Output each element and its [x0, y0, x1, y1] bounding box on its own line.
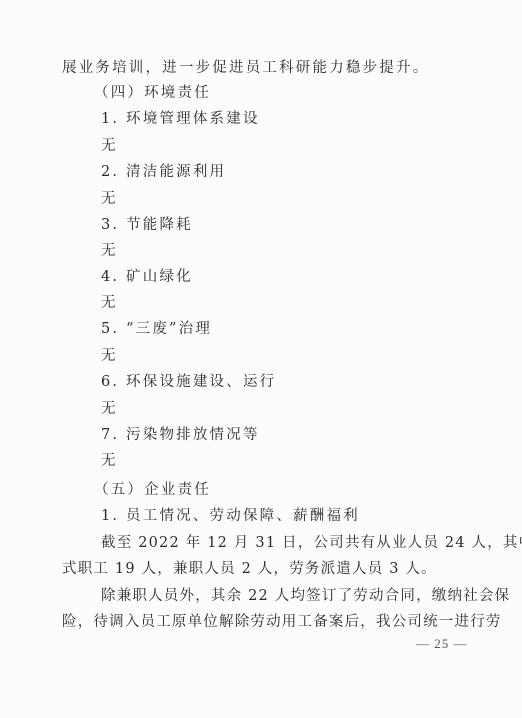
item-title: 1. 环境管理体系建设 [101, 109, 260, 129]
item-title: 2. 清洁能源利用 [101, 162, 226, 182]
document-page: 展业务培训，进一步促进员工科研能力稳步提升。 （四）环境责任 1. 环境管理体系… [0, 0, 522, 718]
item-title: 7. 污染物排放情况等 [101, 425, 260, 445]
item-title: 1. 员工情况、劳动保障、薪酬福利 [101, 506, 360, 526]
paragraph-line: 截至 2022 年 12 月 31 日，公司共有从业人员 24 人，其中正 [101, 533, 522, 553]
item-title: 4. 矿山绿化 [101, 267, 193, 287]
item-body: 无 [101, 293, 118, 313]
item-body: 无 [101, 241, 118, 261]
section-heading-environment: （四）环境责任 [94, 83, 211, 103]
paragraph-line: 险，待调入员工原单位解除劳动用工备案后，我公司统一进行劳 [62, 612, 502, 632]
section-heading-enterprise: （五）企业责任 [94, 480, 211, 500]
item-title: 6. 环保设施建设、运行 [101, 372, 276, 392]
item-title: 3. 节能降耗 [101, 215, 193, 235]
paragraph-line: 式职工 19 人，兼职人员 2 人，劳务派遣人员 3 人。 [62, 559, 437, 579]
paragraph-line: 除兼职人员外，其余 22 人均签订了劳动合同，缴纳社会保 [101, 586, 510, 606]
continuation-text: 展业务培训，进一步促进员工科研能力稳步提升。 [62, 58, 429, 78]
item-body: 无 [101, 136, 118, 156]
item-body: 无 [101, 399, 118, 419]
item-body: 无 [101, 451, 118, 471]
item-body: 无 [101, 189, 118, 209]
item-title: 5. “三废”治理 [101, 319, 212, 339]
page-number: — 25 — [416, 636, 468, 652]
item-body: 无 [101, 346, 118, 366]
